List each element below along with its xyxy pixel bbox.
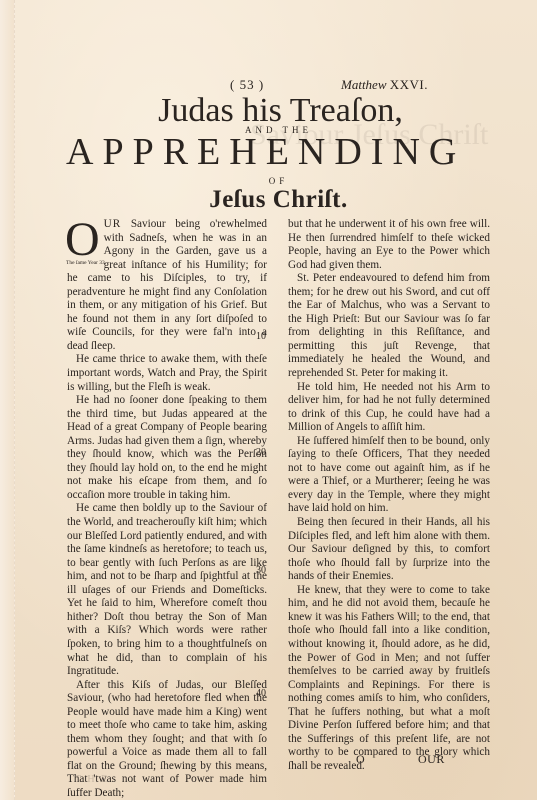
- line-number-40: 40: [256, 688, 266, 699]
- document-page: Saviour Jeſus Chriſt ( 53 ) Matthew XXVI…: [0, 0, 537, 800]
- paragraph: He knew, that they were to come to take …: [288, 584, 490, 774]
- margin-sidenote: The ſame Year 33.: [66, 257, 124, 269]
- title-line-4: OF: [0, 176, 537, 186]
- paragraph: He ſuffered himſelf then to be bound, on…: [288, 435, 490, 516]
- right-column: but that he underwent it of his own free…: [288, 218, 490, 773]
- catchword: OUR: [418, 752, 445, 767]
- paragraph: He came thrice to awake them, with theſe…: [67, 353, 267, 394]
- paragraph: He came then boldly up to the Saviour of…: [67, 502, 267, 678]
- page-number: ( 53 ): [230, 77, 264, 93]
- bleed-through-footer: T H E: [75, 774, 109, 785]
- running-head: Matthew XXVI.: [341, 77, 428, 93]
- paragraph: but that he underwent it of his own free…: [288, 218, 490, 272]
- drop-cap: O: [65, 219, 100, 259]
- line-number-30: 30: [256, 565, 266, 576]
- left-column: O UR Saviour being o'rewhelmed with Sadn…: [67, 218, 267, 800]
- title-line-3: APPREHENDING: [66, 132, 428, 172]
- paragraph: He had no ſooner done ſpeaking to them t…: [67, 394, 267, 502]
- running-head-book: Matthew: [341, 77, 387, 92]
- paragraph: He told him, He needed not his Arm to de…: [288, 381, 490, 435]
- paragraph: Being then ſecured in their Hands, all h…: [288, 516, 490, 584]
- line-number-20: 20: [256, 447, 266, 458]
- first-word: UR: [104, 218, 122, 230]
- signature-mark: O: [356, 752, 365, 767]
- title-line-1: Judas his Treaſon,: [0, 93, 537, 129]
- paragraph: St. Peter endeavoured to defend him from…: [288, 272, 490, 380]
- running-head-chapter: XXVI.: [390, 77, 428, 92]
- title-line-5: Jeſus Chriſt.: [0, 186, 537, 214]
- line-number-10: 10: [256, 331, 266, 342]
